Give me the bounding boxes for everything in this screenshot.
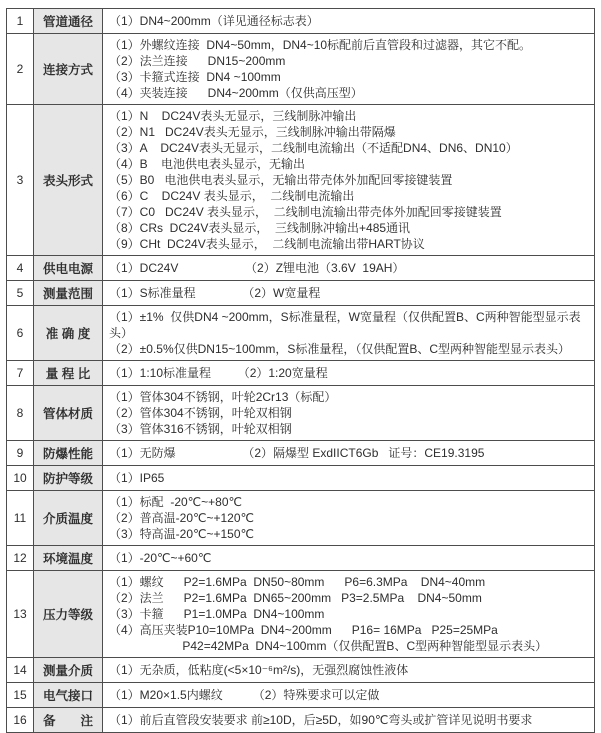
row-content: （1）1:10标准量程 （2）1:20宽量程 — [103, 361, 595, 386]
table-row: 8 管体材质 （1）管体304不锈钢，叶轮2Cr13（标配） （2）管体304不… — [7, 386, 595, 441]
table-row: 11 介质温度 （1）标配 -20℃~+80℃ （2）普高温-20℃~+120℃… — [7, 491, 595, 546]
row-number: 5 — [7, 281, 34, 306]
row-label: 管体材质 — [34, 386, 103, 441]
row-content: （1）-20℃~+60℃ — [103, 546, 595, 571]
table-row: 12 环境温度 （1）-20℃~+60℃ — [7, 546, 595, 571]
row-label: 备 注 — [34, 708, 103, 733]
row-content: （1）S标准量程 （2）W宽量程 — [103, 281, 595, 306]
row-label: 表头形式 — [34, 105, 103, 256]
row-label: 准 确 度 — [34, 306, 103, 361]
row-label: 测量范围 — [34, 281, 103, 306]
table-row: 13 压力等级 （1）螺纹 P2=1.6MPa DN50~80mm P6=6.3… — [7, 571, 595, 658]
row-number: 13 — [7, 571, 34, 658]
row-number: 2 — [7, 34, 34, 105]
row-number: 6 — [7, 306, 34, 361]
row-content: （1）M20×1.5内螺纹 （2）特殊要求可以定做 — [103, 683, 595, 708]
row-content: （1）标配 -20℃~+80℃ （2）普高温-20℃~+120℃ （3）特高温-… — [103, 491, 595, 546]
table-row: 14 测量介质 （1）无杂质，低粘度(<5×10⁻⁶m²/s)，无强烈腐蚀性液体 — [7, 658, 595, 683]
row-number: 14 — [7, 658, 34, 683]
spec-table: 1 管道通径 （1）DN4~200mm（详见通径标志表） 2 连接方式 （1）外… — [6, 8, 595, 733]
table-row: 15 电气接口 （1）M20×1.5内螺纹 （2）特殊要求可以定做 — [7, 683, 595, 708]
row-content: （1）±1% 仅供DN4 ~200mm，S标准量程，W宽量程（仅供配置B、C两种… — [103, 306, 595, 361]
row-label: 防爆性能 — [34, 441, 103, 466]
row-number: 7 — [7, 361, 34, 386]
row-number: 3 — [7, 105, 34, 256]
row-content: （1）外螺纹连接 DN4~50mm，DN4~10标配前后直管段和过滤器，其它不配… — [103, 34, 595, 105]
row-number: 12 — [7, 546, 34, 571]
table-row: 5 测量范围 （1）S标准量程 （2）W宽量程 — [7, 281, 595, 306]
row-number: 11 — [7, 491, 34, 546]
row-content: （1）无防爆 （2）隔爆型 ExdIICT6Gb 证号：CE19.3195 — [103, 441, 595, 466]
row-label: 介质温度 — [34, 491, 103, 546]
row-content: （1）DC24V （2）Z锂电池（3.6V 19AH） — [103, 256, 595, 281]
row-content: （1）N DC24V表头无显示，三线制脉冲输出 （2）N1 DC24V表头无显示… — [103, 105, 595, 256]
row-content: （1）螺纹 P2=1.6MPa DN50~80mm P6=6.3MPa DN4~… — [103, 571, 595, 658]
row-label: 管道通径 — [34, 9, 103, 34]
row-label: 电气接口 — [34, 683, 103, 708]
row-content: （1）IP65 — [103, 466, 595, 491]
table-row: 2 连接方式 （1）外螺纹连接 DN4~50mm，DN4~10标配前后直管段和过… — [7, 34, 595, 105]
row-label: 测量介质 — [34, 658, 103, 683]
row-label: 压力等级 — [34, 571, 103, 658]
table-row: 4 供电电源 （1）DC24V （2）Z锂电池（3.6V 19AH） — [7, 256, 595, 281]
row-label: 连接方式 — [34, 34, 103, 105]
page: 1 管道通径 （1）DN4~200mm（详见通径标志表） 2 连接方式 （1）外… — [0, 0, 601, 733]
row-label: 量 程 比 — [34, 361, 103, 386]
table-row: 3 表头形式 （1）N DC24V表头无显示，三线制脉冲输出 （2）N1 DC2… — [7, 105, 595, 256]
table-row: 1 管道通径 （1）DN4~200mm（详见通径标志表） — [7, 9, 595, 34]
row-content: （1）前后直管段安装要求 前≥10D，后≥5D，如90℃弯头或扩管详见说明书要求 — [103, 708, 595, 733]
table-row: 6 准 确 度 （1）±1% 仅供DN4 ~200mm，S标准量程，W宽量程（仅… — [7, 306, 595, 361]
row-content: （1）无杂质，低粘度(<5×10⁻⁶m²/s)，无强烈腐蚀性液体 — [103, 658, 595, 683]
row-number: 8 — [7, 386, 34, 441]
row-content: （1）DN4~200mm（详见通径标志表） — [103, 9, 595, 34]
table-row: 9 防爆性能 （1）无防爆 （2）隔爆型 ExdIICT6Gb 证号：CE19.… — [7, 441, 595, 466]
table-row: 10 防护等级 （1）IP65 — [7, 466, 595, 491]
row-label: 供电电源 — [34, 256, 103, 281]
row-label: 防护等级 — [34, 466, 103, 491]
row-number: 9 — [7, 441, 34, 466]
table-row: 16 备 注 （1）前后直管段安装要求 前≥10D，后≥5D，如90℃弯头或扩管… — [7, 708, 595, 733]
row-number: 16 — [7, 708, 34, 733]
row-number: 1 — [7, 9, 34, 34]
row-number: 15 — [7, 683, 34, 708]
row-label: 环境温度 — [34, 546, 103, 571]
row-content: （1）管体304不锈钢，叶轮2Cr13（标配） （2）管体304不锈钢，叶轮双相… — [103, 386, 595, 441]
row-number: 10 — [7, 466, 34, 491]
row-number: 4 — [7, 256, 34, 281]
table-row: 7 量 程 比 （1）1:10标准量程 （2）1:20宽量程 — [7, 361, 595, 386]
